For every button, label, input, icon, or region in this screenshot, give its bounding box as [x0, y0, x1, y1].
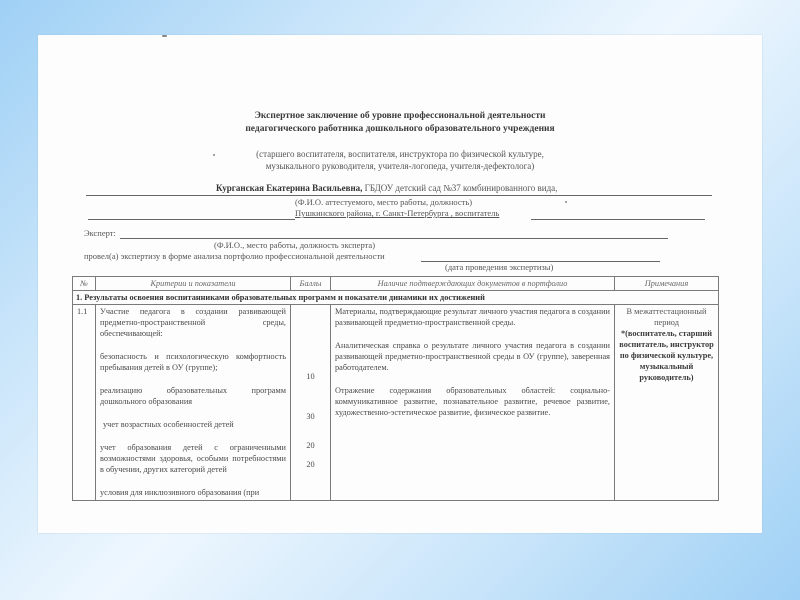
- scan-speck: [213, 154, 215, 156]
- scan-speck: [162, 35, 167, 37]
- subtitle-line-2: музыкального руководителя, учителя-логоп…: [38, 161, 762, 171]
- attestee-caption: (Ф.И.О. аттестуемого, место работы, долж…: [295, 197, 472, 207]
- attestee-line: Курганская Екатерина Васильевна, ГБДОУ д…: [216, 183, 557, 193]
- header-documents: Наличие подтверждающих документов в порт…: [331, 277, 615, 291]
- scan-speck: [565, 201, 567, 203]
- row-notes: В межаттестационный период *(воспитатель…: [615, 305, 719, 501]
- attestee-underline: [86, 195, 712, 196]
- criteria-item-special-needs: учет образования детей с ограниченными в…: [100, 442, 286, 475]
- row-criteria: Участие педагога в создании развивающей …: [96, 305, 291, 501]
- section-title: 1. Результаты освоения воспитанниками об…: [73, 291, 719, 305]
- header-criteria: Критерии и показатели: [96, 277, 291, 291]
- criteria-item-safety: безопасность и психологическую комфортно…: [100, 351, 286, 373]
- document-page: Экспертное заключение об уровне професси…: [38, 35, 762, 533]
- criteria-item-age: учет возрастных особенностей детей: [100, 419, 286, 430]
- header-number: №: [73, 277, 96, 291]
- note-positions: *(воспитатель, старший воспитатель, инст…: [619, 328, 714, 383]
- table-header-row: № Критерии и показатели Баллы Наличие по…: [73, 277, 719, 291]
- points-programs: 30: [291, 411, 330, 422]
- document-educational-areas: Отражение содержания образовательных обл…: [335, 385, 610, 418]
- document-materials: Материалы, подтверждающие результат личн…: [335, 306, 610, 328]
- subtitle-line-1: (старшего воспитателя, воспитателя, инст…: [38, 149, 762, 159]
- attestee-line-2-right-underline: [531, 219, 705, 220]
- note-period: В межаттестационный период: [619, 306, 714, 328]
- header-points: Баллы: [291, 277, 331, 291]
- attestee-workplace: ГБДОУ детский сад №37 комбинированного в…: [362, 183, 557, 193]
- attestee-name: Курганская Екатерина Васильевна,: [216, 183, 362, 193]
- attestee-line-2-left-underline: [88, 219, 295, 220]
- title-line-2: педагогического работника дошкольного об…: [38, 124, 762, 134]
- title-line-1: Экспертное заключение об уровне професси…: [38, 111, 762, 121]
- criteria-table: № Критерии и показатели Баллы Наличие по…: [72, 276, 719, 501]
- expert-field-line: [120, 238, 668, 239]
- row-number: 1.1: [73, 305, 96, 501]
- points-safety: 10: [291, 371, 330, 382]
- criteria-item-inclusive: условия для инклюзивного образования (пр…: [100, 487, 286, 498]
- expert-label: Эксперт:: [84, 228, 116, 238]
- header-notes: Примечания: [615, 277, 719, 291]
- expert-caption: (Ф.И.О., место работы, должность эксперт…: [214, 240, 375, 250]
- criteria-intro: Участие педагога в создании развивающей …: [100, 306, 286, 339]
- criteria-item-programs: реализацию образовательных программ дошк…: [100, 385, 286, 407]
- attestee-line-2: Пушкинского района, г. Санкт-Петербурга …: [295, 208, 499, 218]
- points-special-needs: 20: [291, 459, 330, 470]
- row-documents: Материалы, подтверждающие результат личн…: [331, 305, 615, 501]
- expertise-conducted-text: провел(а) экспертизу в форме анализа пор…: [84, 251, 385, 261]
- points-age: 20: [291, 440, 330, 451]
- table-row: 1.1 Участие педагога в создании развиваю…: [73, 305, 719, 501]
- expertise-date-caption: (дата проведения экспертизы): [445, 262, 553, 272]
- section-row: 1. Результаты освоения воспитанниками об…: [73, 291, 719, 305]
- document-analytic-report: Аналитическая справка о результате лично…: [335, 340, 610, 373]
- row-points: 10 30 20 20: [291, 305, 331, 501]
